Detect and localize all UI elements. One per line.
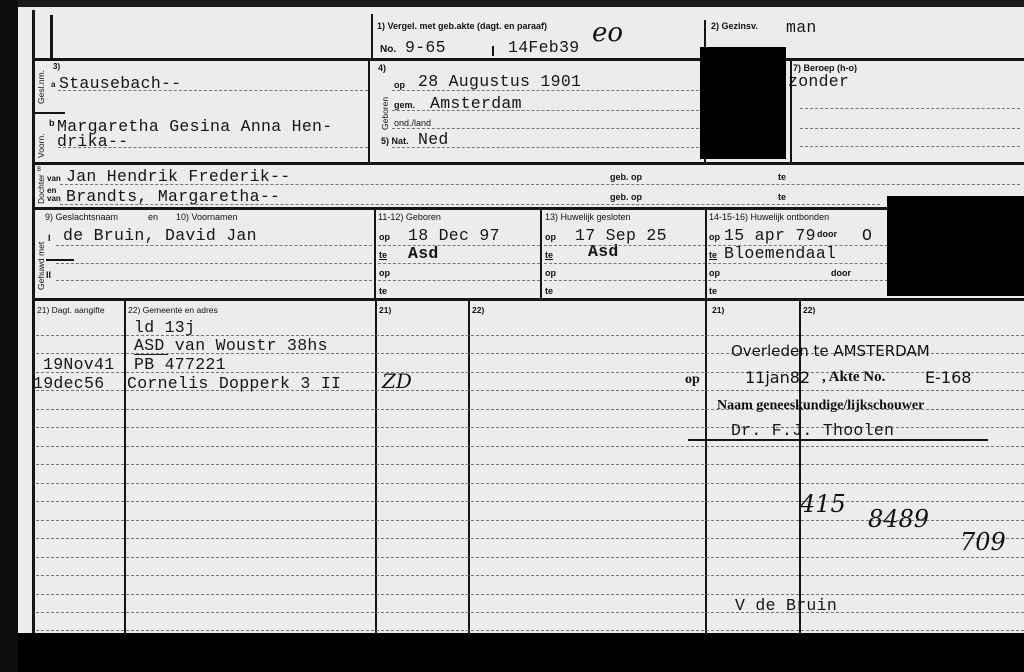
dissolution-place: Bloemendaal bbox=[724, 244, 836, 263]
akte-number: E-168 bbox=[925, 368, 971, 387]
row-divider bbox=[32, 207, 892, 210]
row-divider bbox=[32, 298, 1024, 301]
te-label-2: te bbox=[709, 286, 717, 296]
name-subdivider bbox=[32, 112, 65, 114]
geb-op-label-1: geb. op bbox=[610, 172, 642, 182]
frame-left-border bbox=[32, 10, 35, 634]
population-register-card: 1) Vergel. met geb.akte (dagt. en paraaf… bbox=[0, 0, 1024, 672]
te-label: te bbox=[709, 250, 717, 260]
rule bbox=[36, 446, 1024, 447]
spouse-birth-date: 18 Dec 97 bbox=[408, 226, 500, 245]
married-col-label: 13) Huwelijk gesloten bbox=[545, 212, 631, 222]
op-label: op bbox=[379, 232, 390, 242]
address-row-2: ASD van Woustr 38hs bbox=[134, 336, 328, 355]
occupation-value: zonder bbox=[788, 72, 849, 91]
divider bbox=[368, 58, 370, 164]
surname-col-label: 9) Geslachtsnaam bbox=[45, 212, 118, 222]
divider bbox=[705, 298, 707, 634]
col-address-label-3: 22) bbox=[803, 305, 815, 315]
address-date-4: 19dec56 bbox=[33, 374, 104, 393]
en-label: en bbox=[148, 212, 158, 222]
rule bbox=[378, 245, 540, 246]
te-label-2: te bbox=[545, 286, 553, 296]
dissolved-col-label: 14-15-16) Huwelijk ontbonden bbox=[709, 212, 829, 222]
voorn-label: Voorn. bbox=[36, 133, 46, 158]
field-1-label: 1) Vergel. met geb.akte (dagt. en paraaf… bbox=[377, 21, 547, 31]
gem-label: gem. bbox=[394, 100, 415, 110]
van-label-1: van bbox=[47, 174, 61, 183]
redaction-block bbox=[700, 47, 786, 159]
rule bbox=[708, 245, 888, 246]
address-row-1: ld 13j bbox=[134, 318, 195, 337]
rule bbox=[800, 108, 1020, 109]
a-label: a bbox=[51, 80, 55, 89]
col-address-label-2: 22) bbox=[472, 305, 484, 315]
akte-label: , Akte No. bbox=[822, 369, 885, 386]
death-op-label: op bbox=[685, 372, 700, 388]
op-label-2: op bbox=[545, 268, 556, 278]
te-label-2: te bbox=[778, 192, 786, 202]
rule bbox=[60, 184, 1020, 185]
divider bbox=[705, 207, 707, 299]
dissolution-date: 15 apr 79 bbox=[724, 226, 816, 245]
op-label: op bbox=[394, 80, 405, 90]
handwritten-number-1: 415 bbox=[800, 490, 846, 518]
initials-signature: eo bbox=[592, 18, 623, 48]
op-label: op bbox=[709, 232, 720, 242]
divider bbox=[124, 298, 126, 634]
col-address-label: 22) Gemeente en adres bbox=[128, 305, 218, 315]
gezinsv-label: 2) Gezinsv. bbox=[711, 21, 758, 31]
rule bbox=[392, 110, 704, 111]
rule bbox=[708, 280, 888, 281]
rule bbox=[544, 263, 706, 264]
rule bbox=[36, 538, 1024, 539]
firstnames-col-label: 10) Voornamen bbox=[176, 212, 238, 222]
redaction-bottom-bar bbox=[18, 633, 1024, 672]
stamp-underline bbox=[688, 439, 988, 441]
examiner-name: Dr. F.J. Thoolen bbox=[731, 421, 894, 440]
rule bbox=[56, 280, 372, 281]
divider bbox=[374, 207, 376, 299]
scan-edge-left bbox=[0, 0, 18, 672]
divider-tick bbox=[492, 46, 494, 56]
scan-edge-top bbox=[18, 0, 1024, 7]
rule bbox=[36, 575, 1024, 576]
divider bbox=[371, 14, 373, 60]
spouse-birth-place: Asd bbox=[408, 244, 439, 263]
van-label-2: van bbox=[47, 194, 61, 203]
dissolved-by: O bbox=[862, 226, 872, 245]
rule bbox=[56, 245, 372, 246]
op-label-2: op bbox=[379, 268, 390, 278]
door-label-2: door bbox=[831, 268, 851, 278]
divider bbox=[540, 207, 542, 299]
handwritten-number-2: 8489 bbox=[868, 505, 929, 533]
rule bbox=[36, 464, 1024, 465]
rule bbox=[378, 280, 540, 281]
col-date-label-3: 21) bbox=[712, 305, 724, 315]
address-row-4: Cornelis Dopperk 3 II bbox=[127, 374, 341, 393]
gehuwd-met-label: Gehuwd met bbox=[36, 242, 46, 290]
geb-op-label-2: geb. op bbox=[610, 192, 642, 202]
rule bbox=[708, 263, 888, 264]
death-stamp-line-1: Overleden te AMSTERDAM bbox=[731, 342, 930, 360]
born-col-label: 11-12) Geboren bbox=[378, 212, 441, 222]
birth-date: 28 Augustus 1901 bbox=[418, 72, 581, 91]
nationality-label: 5) Nat. bbox=[381, 136, 409, 146]
op-label-2: op bbox=[709, 268, 720, 278]
geboren-label: Geboren bbox=[380, 97, 390, 130]
row-divider bbox=[32, 162, 1024, 165]
row-II-label: II bbox=[46, 270, 51, 280]
handwritten-mark: ZD bbox=[382, 369, 412, 393]
handwritten-number-3: 709 bbox=[960, 528, 1006, 556]
separator-mark bbox=[46, 259, 74, 261]
col-date-label-2: 21) bbox=[379, 305, 391, 315]
rule bbox=[60, 204, 880, 205]
b-label: b bbox=[49, 118, 55, 128]
redaction-block bbox=[887, 196, 1024, 296]
given-names-line-2: drika-- bbox=[57, 132, 128, 151]
row-I-label: I bbox=[48, 233, 51, 243]
op-label: op bbox=[545, 232, 556, 242]
rule bbox=[36, 594, 1024, 595]
examiner-label: Naam geneeskundige/lijkschouwer bbox=[717, 398, 924, 414]
rule bbox=[36, 501, 1024, 502]
rule bbox=[36, 612, 1024, 613]
row-divider bbox=[32, 58, 1024, 61]
rule bbox=[392, 147, 704, 148]
door-label: door bbox=[817, 229, 837, 239]
verification-date: 14Feb39 bbox=[508, 38, 579, 57]
ond-land-label: ond./land bbox=[394, 118, 431, 128]
gezinsv-value: man bbox=[786, 18, 817, 37]
frame-top-left-tick bbox=[50, 15, 53, 60]
dochter-label: Dochter bbox=[36, 174, 46, 204]
record-number: 9-65 bbox=[405, 38, 446, 57]
rule bbox=[36, 630, 1024, 631]
spouse-name: de Bruin, David Jan bbox=[63, 226, 257, 245]
field-8-label: 8 bbox=[37, 166, 41, 173]
rule bbox=[544, 280, 706, 281]
address-date-3: 19Nov41 bbox=[43, 355, 114, 374]
field-3-label: 3) bbox=[53, 62, 60, 71]
divider bbox=[375, 298, 377, 634]
rule bbox=[800, 128, 1020, 129]
gesl-nm-label: Gesl.nm. bbox=[36, 70, 46, 104]
rule bbox=[392, 90, 704, 91]
footer-name: V de Bruin bbox=[735, 596, 837, 615]
divider bbox=[468, 298, 470, 634]
rule bbox=[392, 128, 704, 129]
death-date: 11jan82 bbox=[745, 368, 810, 387]
rule bbox=[544, 245, 706, 246]
rule bbox=[36, 483, 1024, 484]
field-4-label: 4) bbox=[378, 63, 386, 73]
no-label: No. bbox=[380, 44, 396, 55]
te-label: te bbox=[545, 250, 553, 260]
rule bbox=[800, 146, 1020, 147]
address-row-3: PB 477221 bbox=[134, 355, 226, 374]
rule bbox=[56, 263, 372, 264]
col-date-label: 21) Dagt. aangifte bbox=[37, 305, 105, 315]
te-label-1: te bbox=[778, 172, 786, 182]
rule bbox=[378, 263, 540, 264]
rule bbox=[58, 90, 368, 91]
te-label: te bbox=[379, 250, 387, 260]
te-label-2: te bbox=[379, 286, 387, 296]
rule bbox=[36, 557, 1024, 558]
rule bbox=[58, 147, 368, 148]
